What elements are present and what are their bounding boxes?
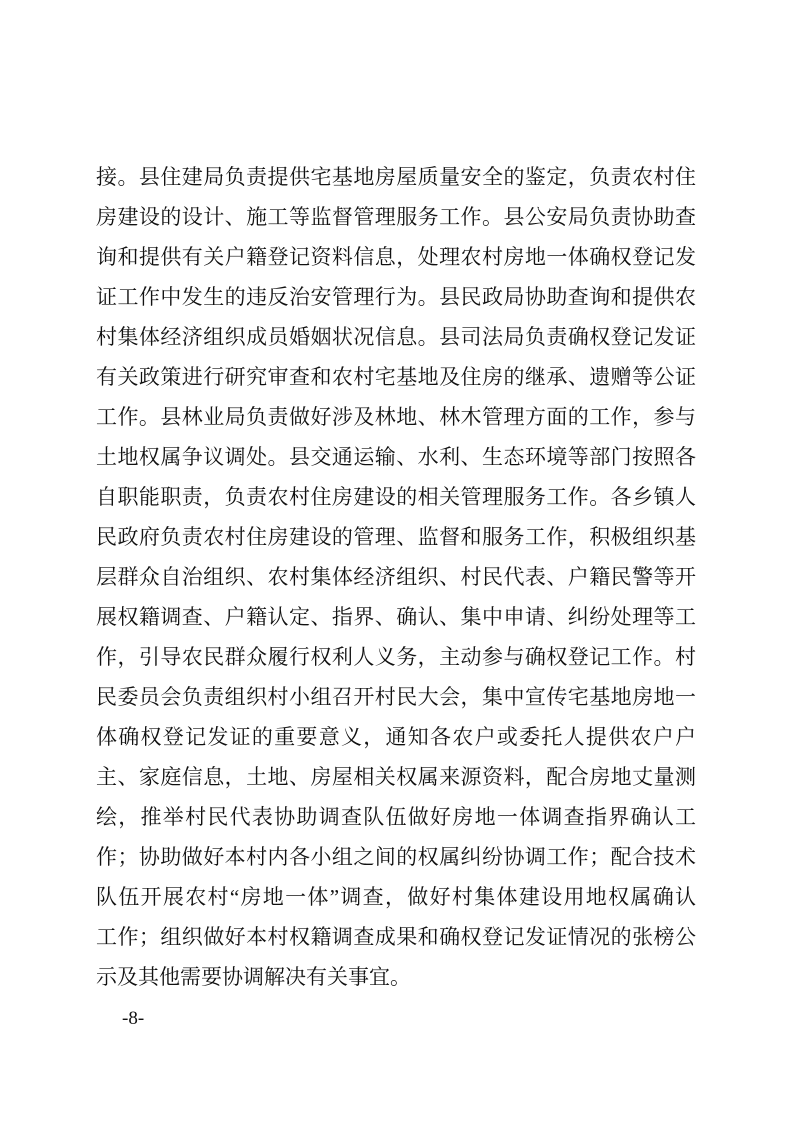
paragraph-line: 展权籍调查、户籍认定、指界、确认、集中申请、纠纷处理等工 (96, 597, 696, 637)
paragraph-line: 层群众自治组织、农村集体经济组织、村民代表、户籍民警等开 (96, 557, 696, 597)
paragraph-line: 证工作中发生的违反治安管理行为。县民政局协助查询和提供农 (96, 277, 696, 317)
paragraph-line: 房建设的设计、施工等监督管理服务工作。县公安局负责协助查 (96, 197, 696, 237)
paragraph-line: 队伍开展农村“房地一体”调查，做好村集体建设用地权属确认 (96, 877, 696, 917)
paragraph-line: 工作；组织做好本村权籍调查成果和确权登记发证情况的张榜公 (96, 917, 696, 957)
paragraph-line: 体确权登记发证的重要意义，通知各农户或委托人提供农户户 (96, 717, 696, 757)
paragraph-line: 作；协助做好本村内各小组之间的权属纠纷协调工作；配合技术 (96, 837, 696, 877)
paragraph-line: 主、家庭信息，土地、房屋相关权属来源资料，配合房地丈量测 (96, 757, 696, 797)
paragraph-line: 接。县住建局负责提供宅基地房屋质量安全的鉴定，负责农村住 (96, 157, 696, 197)
document-body: 接。县住建局负责提供宅基地房屋质量安全的鉴定，负责农村住 房建设的设计、施工等监… (96, 157, 696, 997)
paragraph-line: 示及其他需要协调解决有关事宜。 (96, 957, 696, 997)
paragraph-line: 询和提供有关户籍登记资料信息，处理农村房地一体确权登记发 (96, 237, 696, 277)
paragraph-line: 工作。县林业局负责做好涉及林地、林木管理方面的工作，参与 (96, 397, 696, 437)
paragraph-line: 民委员会负责组织村小组召开村民大会，集中宣传宅基地房地一 (96, 677, 696, 717)
paragraph-line: 绘，推举村民代表协助调查队伍做好房地一体调查指界确认工 (96, 797, 696, 837)
paragraph-line: 作，引导农民群众履行权利人义务，主动参与确权登记工作。村 (96, 637, 696, 677)
paragraph-line: 自职能职责，负责农村住房建设的相关管理服务工作。各乡镇人 (96, 477, 696, 517)
paragraph-line: 土地权属争议调处。县交通运输、水利、生态环境等部门按照各 (96, 437, 696, 477)
document-page: 接。县住建局负责提供宅基地房屋质量安全的鉴定，负责农村住 房建设的设计、施工等监… (0, 0, 793, 1122)
paragraph-line: 民政府负责农村住房建设的管理、监督和服务工作，积极组织基 (96, 517, 696, 557)
page-number: -8- (122, 1006, 144, 1032)
paragraph-line: 有关政策进行研究审查和农村宅基地及住房的继承、遗赠等公证 (96, 357, 696, 397)
paragraph-line: 村集体经济组织成员婚姻状况信息。县司法局负责确权登记发证 (96, 317, 696, 357)
